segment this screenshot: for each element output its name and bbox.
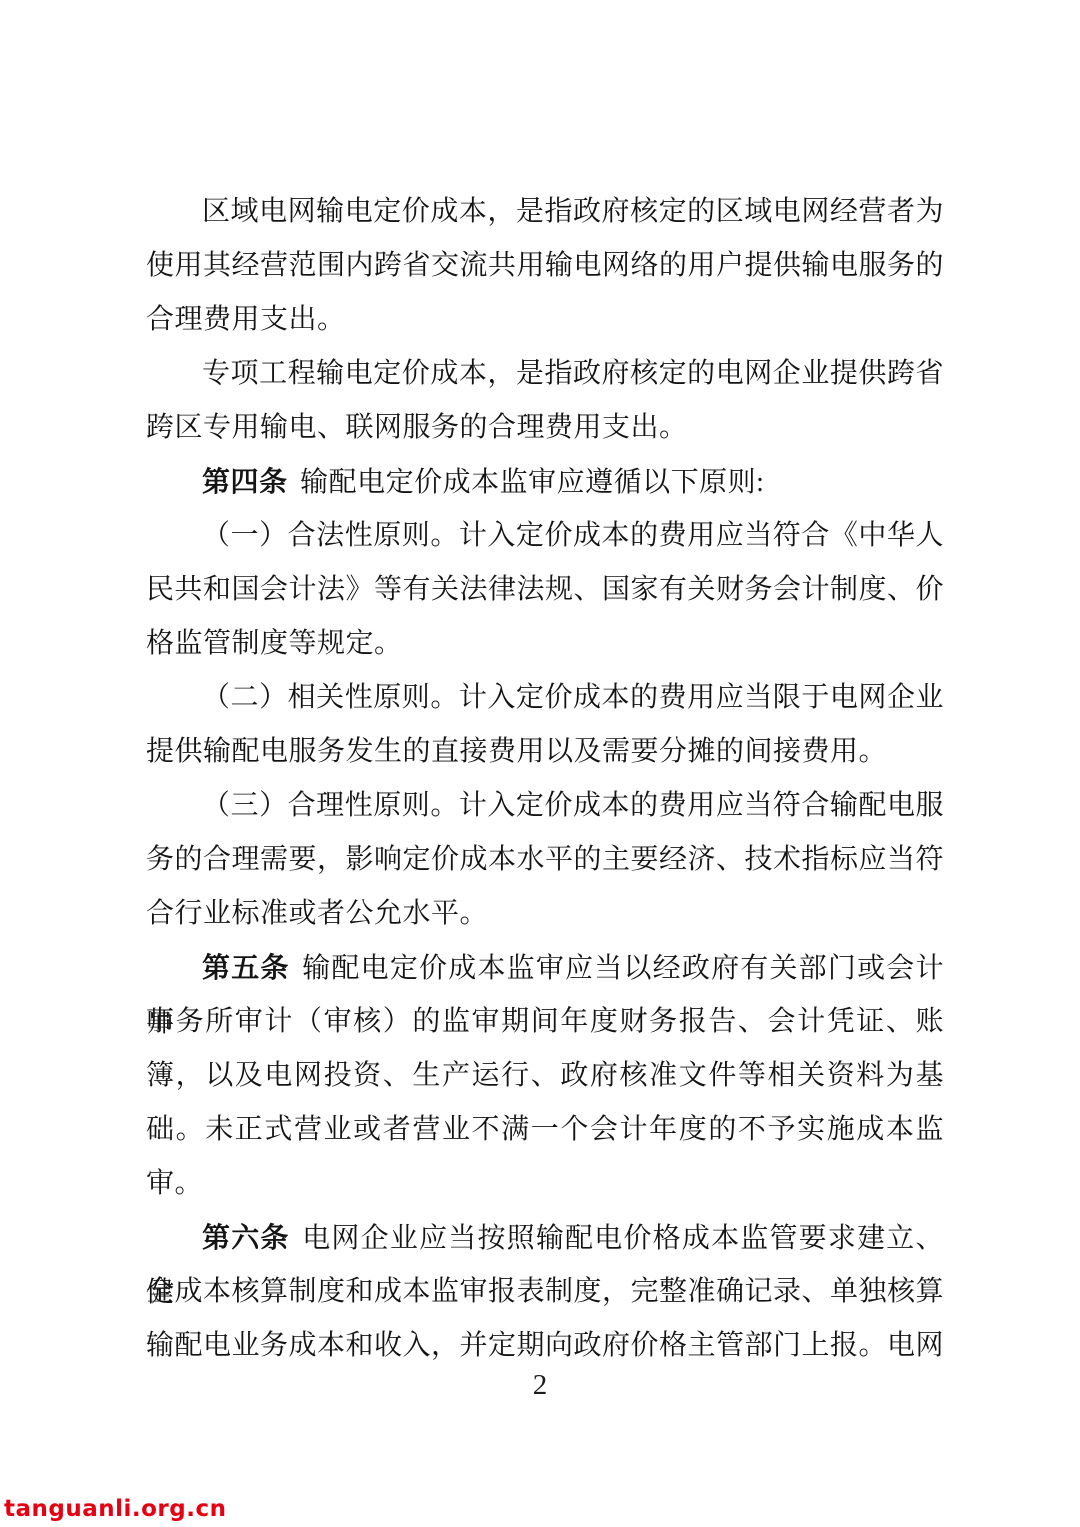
text-line: 第五条输配电定价成本监审应当以经政府有关部门或会计师 <box>146 941 944 995</box>
article-number: 第六条 <box>202 1222 290 1253</box>
text-line: 第四条输配电定价成本监审应遵循以下原则: <box>146 455 944 509</box>
text-line: 础。未正式营业或者营业不满一个会计年度的不予实施成本监 <box>146 1103 944 1157</box>
text-line: （一）合法性原则。计入定价成本的费用应当符合《中华人 <box>146 509 944 563</box>
text-line: （二）相关性原则。计入定价成本的费用应当限于电网企业 <box>146 671 944 725</box>
text-line: 格监管制度等规定。 <box>146 617 944 671</box>
text-line: （三）合理性原则。计入定价成本的费用应当符合输配电服 <box>146 779 944 833</box>
page-number: 2 <box>0 1368 1080 1402</box>
text-line: 使用其经营范围内跨省交流共用输电网络的用户提供输电服务的 <box>146 239 944 293</box>
text-line: 事务所审计（审核）的监审期间年度财务报告、会计凭证、账 <box>146 995 944 1049</box>
text-line: 合理费用支出。 <box>146 293 944 347</box>
text-line: 专项工程输电定价成本，是指政府核定的电网企业提供跨省 <box>146 347 944 401</box>
text-line: 区域电网输电定价成本，是指政府核定的区域电网经营者为 <box>146 185 944 239</box>
document-body: 区域电网输电定价成本，是指政府核定的区域电网经营者为使用其经营范围内跨省交流共用… <box>146 185 944 1373</box>
text-line: 民共和国会计法》等有关法律法规、国家有关财务会计制度、价 <box>146 563 944 617</box>
site-watermark: tanguanli.org.cn <box>4 1496 226 1522</box>
text-line: 务的合理需要，影响定价成本水平的主要经济、技术指标应当符 <box>146 833 944 887</box>
text-line: 全成本核算制度和成本监审报表制度，完整准确记录、单独核算 <box>146 1265 944 1319</box>
text-line: 第六条电网企业应当按照输配电价格成本监管要求建立、健 <box>146 1211 944 1265</box>
text-line: 审。 <box>146 1157 944 1211</box>
text-line: 提供输配电服务发生的直接费用以及需要分摊的间接费用。 <box>146 725 944 779</box>
article-number: 第五条 <box>202 952 290 983</box>
text-line: 合行业标准或者公允水平。 <box>146 887 944 941</box>
text-line: 跨区专用输电、联网服务的合理费用支出。 <box>146 401 944 455</box>
article-number: 第四条 <box>202 466 288 497</box>
text-line: 输配电业务成本和收入，并定期向政府价格主管部门上报。电网 <box>146 1319 944 1373</box>
text-line: 簿，以及电网投资、生产运行、政府核准文件等相关资料为基 <box>146 1049 944 1103</box>
document-page: 区域电网输电定价成本，是指政府核定的区域电网经营者为使用其经营范围内跨省交流共用… <box>0 0 1080 1527</box>
